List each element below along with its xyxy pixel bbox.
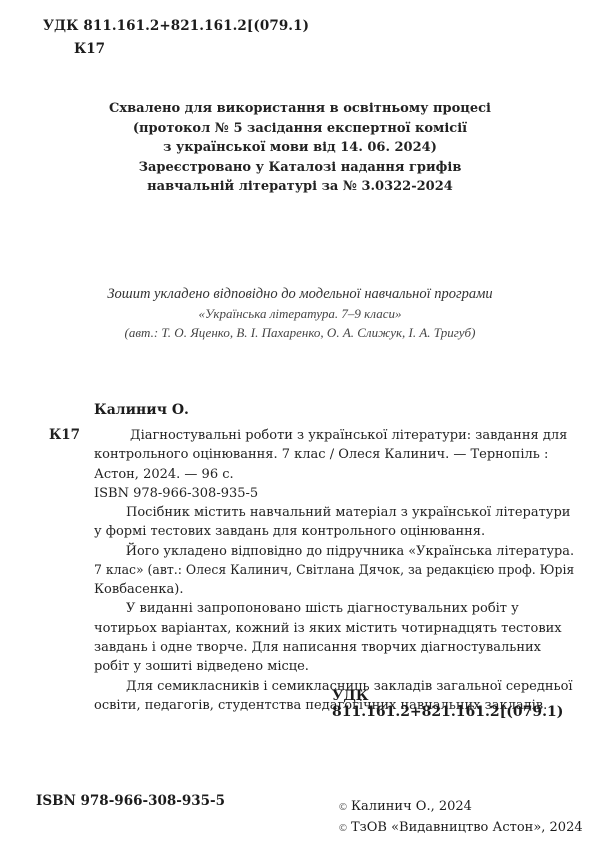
annotation-line: Його укладено відповідно до підручника «…	[94, 542, 570, 561]
approval-line: навчальній літературі за № 3.0322-2024	[0, 177, 600, 197]
program-note-line: (авт.: Т. О. Яценко, В. І. Пахаренко, О.…	[0, 323, 600, 342]
approval-line: Зареєстровано у Каталозі надання грифів	[0, 158, 600, 178]
classification-code-top: К17	[74, 41, 105, 57]
copyright-line: ©Калинич О., 2024	[338, 797, 583, 818]
annotation-line: завдань і одне творче. Для написання тво…	[94, 638, 574, 657]
catalog-card: Діагностувальні роботи з української літ…	[94, 426, 574, 503]
copyright-icon: ©	[338, 823, 348, 834]
catalog-code: К17	[49, 427, 80, 443]
copyright-line: ©ТзОВ «Видавництво Астон», 2024	[338, 818, 583, 839]
udk-code-bottom: УДК 811.161.2+821.161.2[(079.1)	[332, 688, 600, 720]
isbn: ISBN 978-966-308-935-5	[36, 793, 225, 809]
copyright-block: ©Калинич О., 2024 ©ТзОВ «Видавництво Аст…	[338, 797, 583, 838]
annotation-line: чотирьох варіантах, кожний із яких місти…	[94, 619, 574, 638]
annotation-line: у формі тестових завдань для контрольног…	[94, 522, 574, 541]
approval-block: Схвалено для використання в освітньому п…	[0, 99, 600, 197]
annotation-line: 7 клас» (авт.: Олеся Калинич, Світлана Д…	[94, 561, 554, 580]
approval-line: (протокол № 5 засідання експертної коміс…	[0, 119, 600, 139]
annotation: Посібник містить навчальний матеріал з у…	[94, 503, 574, 715]
approval-line: Схвалено для використання в освітньому п…	[0, 99, 600, 119]
program-note-line: Зошит укладено відповідно до модельної н…	[0, 285, 600, 304]
approval-line: з української мови від 14. 06. 2024)	[0, 138, 600, 158]
catalog-line: Діагностувальні роботи з української літ…	[94, 426, 574, 445]
program-note-line: «Українська література. 7–9 класи»	[0, 304, 600, 323]
catalog-isbn: ISBN 978-966-308-935-5	[94, 484, 574, 503]
annotation-line: У виданні запропоновано шість діагностув…	[94, 599, 574, 618]
catalog-author: Калинич О.	[94, 402, 189, 418]
copyright-text: Калинич О., 2024	[351, 799, 472, 814]
catalog-line: Астон, 2024. — 96 с.	[94, 465, 574, 484]
program-note: Зошит укладено відповідно до модельної н…	[0, 285, 600, 342]
annotation-line: Посібник містить навчальний матеріал з у…	[94, 503, 574, 522]
copyright-icon: ©	[338, 802, 348, 813]
annotation-line: Ковбасенка).	[94, 580, 574, 599]
udk-code-top: УДК 811.161.2+821.161.2[(079.1)	[43, 18, 309, 34]
copyright-text: ТзОВ «Видавництво Астон», 2024	[351, 820, 583, 835]
catalog-line: контрольного оцінювання. 7 клас / Олеся …	[94, 445, 574, 464]
annotation-line: робіт у зошиті відведено місце.	[94, 657, 574, 676]
